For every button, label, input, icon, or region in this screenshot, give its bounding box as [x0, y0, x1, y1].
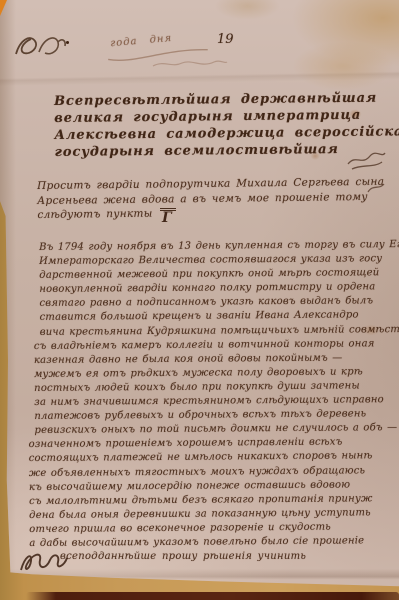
faded-sub-flourish — [150, 56, 230, 72]
signature-flourish — [18, 546, 70, 580]
closing-line: всеподданнѣйше прошу рѣшенія учинить — [60, 551, 306, 562]
salutation-line: государыня всемилостивѣйшая — [55, 140, 391, 161]
intro-margin-mark — [366, 180, 386, 196]
ink-dot — [66, 41, 69, 44]
petition-body-block: Въ 1794 году ноября въ 13 день купленная… — [27, 238, 393, 551]
manuscript-photo: года дня 19 Всепресвѣтлѣйшая державнѣйша… — [0, 0, 399, 600]
archival-scribble-mark — [12, 28, 70, 66]
section-numeral-mark: Г — [160, 208, 176, 225]
bottom-shadow-strip — [26, 592, 399, 600]
body-line: а дабы высочайшимъ указомъ повелѣно было… — [29, 534, 393, 551]
body-line: дена была оныя деревнишки за показанную … — [29, 506, 393, 523]
manuscript-page: года дня 19 Всепресвѣтлѣйшая державнѣйша… — [0, 0, 399, 600]
margin-flourish — [344, 146, 388, 172]
salutation-block: Всепресвѣтлѣйшая державнѣйшая великая го… — [54, 89, 391, 161]
page-number: 19 — [217, 32, 234, 47]
intro-line: слѣдуютъ пункты — [37, 204, 389, 223]
salutation-line: Алексѣевна самодержица всероссійская — [54, 123, 390, 144]
petition-intro-block: Проситъ гвардіи подпорутчика Михаила Сер… — [37, 175, 390, 223]
